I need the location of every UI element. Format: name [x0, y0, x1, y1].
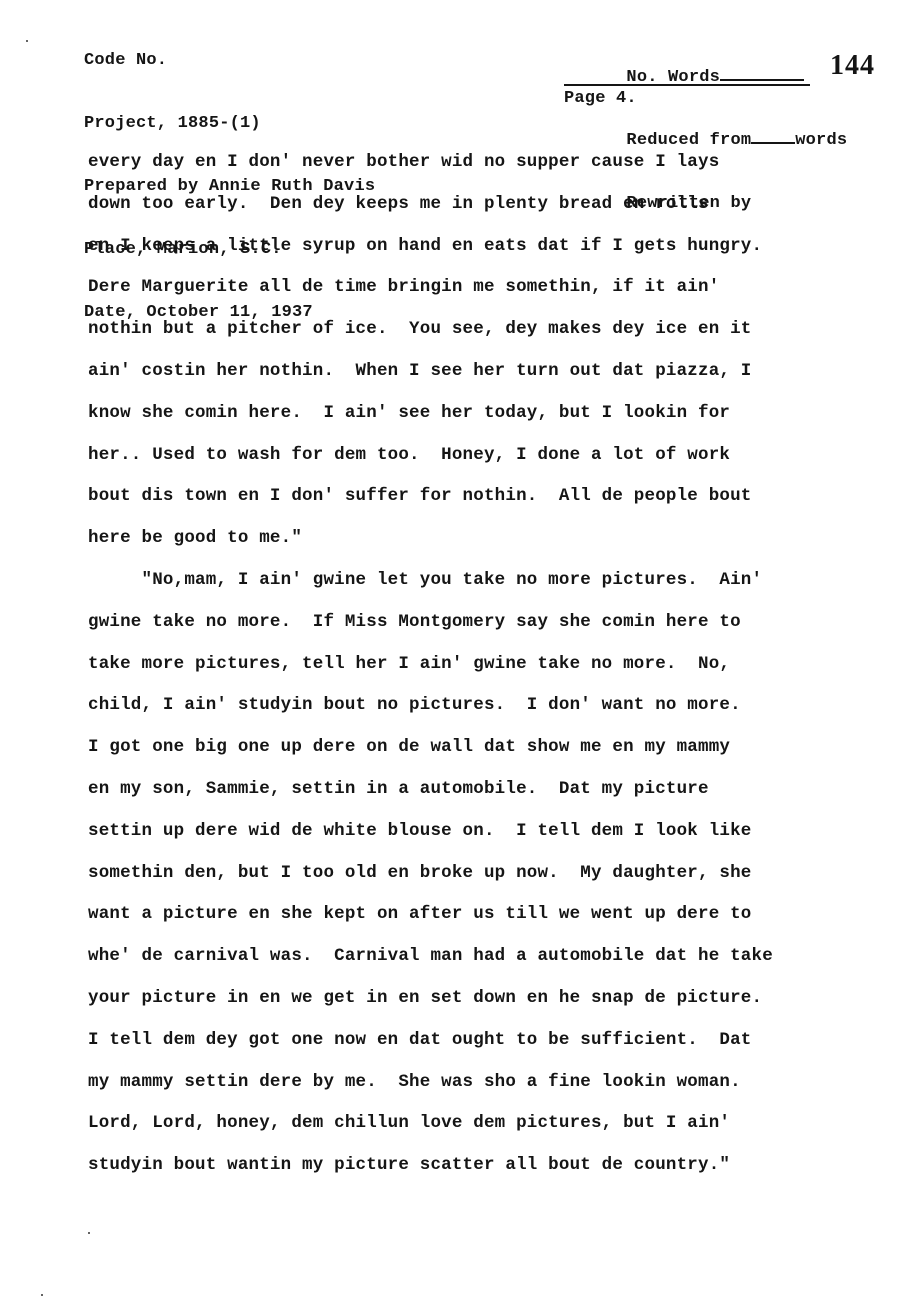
- reduced-from-blank: [751, 130, 795, 144]
- body-line: her.. Used to wash for dem too. Honey, I…: [88, 441, 888, 483]
- narrative-body: every day en I don' never bother wid no …: [88, 148, 888, 1193]
- body-line: en I keeps a little syrup on hand en eat…: [88, 232, 888, 274]
- body-line: "No,mam, I ain' gwine let you take no mo…: [88, 566, 888, 608]
- body-line: here be good to me.": [88, 524, 888, 566]
- body-line: want a picture en she kept on after us t…: [88, 900, 888, 942]
- reduced-from-row: Reduced fromwords: [564, 109, 814, 130]
- body-line: nothin but a pitcher of ice. You see, de…: [88, 315, 888, 357]
- body-line: I tell dem dey got one now en dat ought …: [88, 1026, 888, 1068]
- body-line: bout dis town en I don' suffer for nothi…: [88, 482, 888, 524]
- body-line: somethin den, but I too old en broke up …: [88, 859, 888, 901]
- body-line: your picture in en we get in en set down…: [88, 984, 888, 1026]
- no-words-blank: [720, 67, 804, 81]
- body-line: ain' costin her nothin. When I see her t…: [88, 357, 888, 399]
- body-line: en my son, Sammie, settin in a automobil…: [88, 775, 888, 817]
- scan-speck: [26, 40, 28, 42]
- body-line: I got one big one up dere on de wall dat…: [88, 733, 888, 775]
- project-line: Project, 1885-(1): [84, 113, 375, 134]
- body-line: every day en I don' never bother wid no …: [88, 148, 888, 190]
- page-number-label: Page 4.: [564, 88, 637, 109]
- body-line: Dere Marguerite all de time bringin me s…: [88, 273, 888, 315]
- body-line: my mammy settin dere by me. She was sho …: [88, 1068, 888, 1110]
- body-line: down too early. Den dey keeps me in plen…: [88, 190, 888, 232]
- body-line: studyin bout wantin my picture scatter a…: [88, 1151, 888, 1193]
- body-line: Lord, Lord, honey, dem chillun love dem …: [88, 1109, 888, 1151]
- body-line: whe' de carnival was. Carnival man had a…: [88, 942, 888, 984]
- scan-speck: [41, 1294, 43, 1296]
- body-line: take more pictures, tell her I ain' gwin…: [88, 650, 888, 692]
- body-line: settin up dere wid de white blouse on. I…: [88, 817, 888, 859]
- no-words-row: No. Words: [564, 46, 814, 67]
- rewritten-by-rule: [564, 84, 810, 86]
- body-line: gwine take no more. If Miss Montgomery s…: [88, 608, 888, 650]
- stamped-page-number: 144: [830, 50, 875, 82]
- body-line: know she comin here. I ain' see her toda…: [88, 399, 888, 441]
- document-page: Code No. Project, 1885-(1) Prepared by A…: [0, 0, 900, 1300]
- scan-speck: [88, 1232, 90, 1234]
- code-number-line: Code No.: [84, 50, 375, 71]
- body-line: child, I ain' studyin bout no pictures. …: [88, 691, 888, 733]
